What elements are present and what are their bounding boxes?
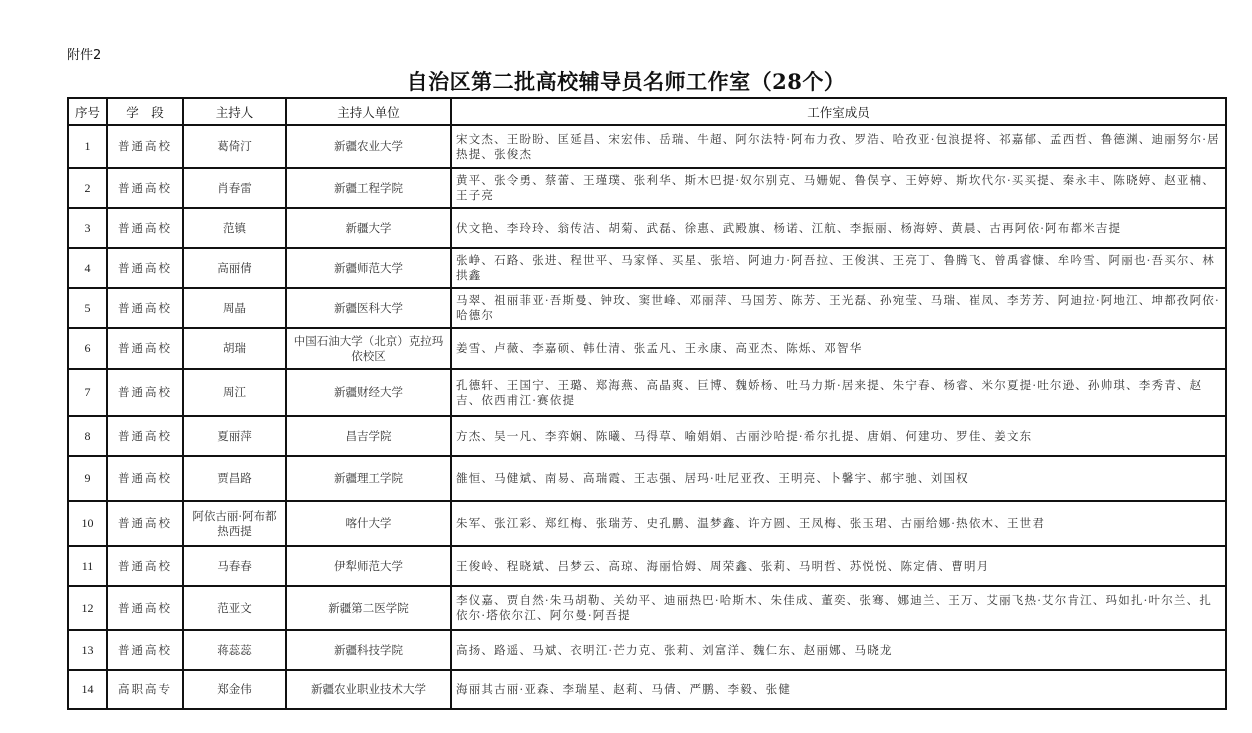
row-unit: 新疆第二医学院 — [286, 586, 451, 630]
table-row: 5 普通高校 周晶 新疆医科大学 马翠、祖丽菲亚·吾斯曼、钟玫、窦世峰、邓丽萍、… — [68, 288, 1226, 328]
row-no: 13 — [68, 630, 107, 670]
row-unit: 新疆财经大学 — [286, 369, 451, 416]
row-host: 马春春 — [183, 546, 286, 586]
row-no: 9 — [68, 456, 107, 501]
table-row: 2 普通高校 肖春雷 新疆工程学院 黄平、张令勇、蔡蕾、王瑾璞、张利华、斯木巴提… — [68, 168, 1226, 208]
row-stage: 普通高校 — [107, 586, 183, 630]
row-stage: 普通高校 — [107, 501, 183, 546]
row-no: 4 — [68, 248, 107, 288]
table-row: 13 普通高校 蒋蕊蕊 新疆科技学院 高扬、路遥、马斌、衣明江·芒力克、张莉、刘… — [68, 630, 1226, 670]
table-header-row: 序号 学 段 主持人 主持人单位 工作室成员 — [68, 98, 1226, 125]
row-members: 伏文艳、李玲玲、翁传洁、胡菊、武磊、徐惠、武殿旗、杨诺、江航、李振丽、杨海婷、黄… — [451, 208, 1226, 248]
table-row: 9 普通高校 贾昌路 新疆理工学院 雒恒、马健斌、南易、高瑞霞、王志强、居玛·吐… — [68, 456, 1226, 501]
document-title: 自治区第二批高校辅导员名师工作室（28个） — [0, 66, 1252, 96]
row-stage: 普通高校 — [107, 456, 183, 501]
table-row: 3 普通高校 范镇 新疆大学 伏文艳、李玲玲、翁传洁、胡菊、武磊、徐惠、武殿旗、… — [68, 208, 1226, 248]
attachment-label: 附件2 — [67, 44, 101, 63]
row-unit: 喀什大学 — [286, 501, 451, 546]
row-stage: 普通高校 — [107, 168, 183, 208]
row-host: 蒋蕊蕊 — [183, 630, 286, 670]
row-stage: 普通高校 — [107, 546, 183, 586]
row-stage: 普通高校 — [107, 248, 183, 288]
row-members: 姜雪、卢薇、李嘉硕、韩仕清、张孟凡、王永康、高亚杰、陈烁、邓智华 — [451, 328, 1226, 369]
row-unit: 新疆医科大学 — [286, 288, 451, 328]
row-stage: 高职高专 — [107, 670, 183, 709]
row-stage: 普通高校 — [107, 125, 183, 168]
row-host: 范亚文 — [183, 586, 286, 630]
row-no: 6 — [68, 328, 107, 369]
row-host: 葛倚汀 — [183, 125, 286, 168]
row-no: 2 — [68, 168, 107, 208]
row-host: 高丽倩 — [183, 248, 286, 288]
row-stage: 普通高校 — [107, 328, 183, 369]
row-host: 肖春雷 — [183, 168, 286, 208]
row-unit: 新疆理工学院 — [286, 456, 451, 501]
header-no: 序号 — [68, 98, 107, 125]
header-stage: 学 段 — [107, 98, 183, 125]
row-members: 张峥、石路、张进、程世平、马家怿、买星、张培、阿迪力·阿吾拉、王俊淇、王亮丁、鲁… — [451, 248, 1226, 288]
row-no: 7 — [68, 369, 107, 416]
row-host: 阿依古丽·阿布都热西提 — [183, 501, 286, 546]
row-host: 夏丽萍 — [183, 416, 286, 456]
row-no: 1 — [68, 125, 107, 168]
header-host: 主持人 — [183, 98, 286, 125]
row-members: 海丽其古丽·亚森、李瑞星、赵莉、马倩、严鹏、李毅、张健 — [451, 670, 1226, 709]
row-stage: 普通高校 — [107, 416, 183, 456]
row-unit: 新疆工程学院 — [286, 168, 451, 208]
row-unit: 新疆大学 — [286, 208, 451, 248]
row-members: 黄平、张令勇、蔡蕾、王瑾璞、张利华、斯木巴提·奴尔别克、马姗妮、鲁俣亨、王婷婷、… — [451, 168, 1226, 208]
row-unit: 昌吉学院 — [286, 416, 451, 456]
header-unit: 主持人单位 — [286, 98, 451, 125]
table-row: 12 普通高校 范亚文 新疆第二医学院 李仪嘉、贾自然·朱马胡勒、关幼平、迪丽热… — [68, 586, 1226, 630]
row-host: 周江 — [183, 369, 286, 416]
header-members: 工作室成员 — [451, 98, 1226, 125]
row-no: 11 — [68, 546, 107, 586]
table-row: 8 普通高校 夏丽萍 昌吉学院 方杰、吴一凡、李弈娴、陈曦、马得草、喻娟娟、古丽… — [68, 416, 1226, 456]
table-row: 7 普通高校 周江 新疆财经大学 孔德轩、王国宁、王璐、郑海燕、高晶爽、巨博、魏… — [68, 369, 1226, 416]
row-members: 孔德轩、王国宁、王璐、郑海燕、高晶爽、巨博、魏娇杨、吐马力斯·居来提、朱宁春、杨… — [451, 369, 1226, 416]
row-host: 贾昌路 — [183, 456, 286, 501]
row-stage: 普通高校 — [107, 208, 183, 248]
row-host: 郑金伟 — [183, 670, 286, 709]
row-members: 宋文杰、王盼盼、匡延昌、宋宏伟、岳瑞、牛超、阿尔法特·阿布力孜、罗浩、哈孜亚·包… — [451, 125, 1226, 168]
row-stage: 普通高校 — [107, 369, 183, 416]
row-no: 14 — [68, 670, 107, 709]
row-members: 雒恒、马健斌、南易、高瑞霞、王志强、居玛·吐尼亚孜、王明亮、卜馨宇、郝宇驰、刘国… — [451, 456, 1226, 501]
row-stage: 普通高校 — [107, 630, 183, 670]
table-row: 4 普通高校 高丽倩 新疆师范大学 张峥、石路、张进、程世平、马家怿、买星、张培… — [68, 248, 1226, 288]
table-row: 11 普通高校 马春春 伊犁师范大学 王俊岭、程晓斌、吕梦云、高琼、海丽恰姆、周… — [68, 546, 1226, 586]
table-row: 10 普通高校 阿依古丽·阿布都热西提 喀什大学 朱军、张江彩、郑红梅、张瑞芳、… — [68, 501, 1226, 546]
row-no: 3 — [68, 208, 107, 248]
row-no: 10 — [68, 501, 107, 546]
row-unit: 新疆师范大学 — [286, 248, 451, 288]
row-host: 胡瑞 — [183, 328, 286, 369]
table-row: 14 高职高专 郑金伟 新疆农业职业技术大学 海丽其古丽·亚森、李瑞星、赵莉、马… — [68, 670, 1226, 709]
row-host: 周晶 — [183, 288, 286, 328]
row-unit: 中国石油大学（北京）克拉玛依校区 — [286, 328, 451, 369]
row-members: 朱军、张江彩、郑红梅、张瑞芳、史孔鹏、温梦鑫、许方圆、王凤梅、张玉珺、古丽给娜·… — [451, 501, 1226, 546]
row-members: 王俊岭、程晓斌、吕梦云、高琼、海丽恰姆、周荣鑫、张莉、马明哲、苏悦悦、陈定倩、曹… — [451, 546, 1226, 586]
row-host: 范镇 — [183, 208, 286, 248]
row-unit: 伊犁师范大学 — [286, 546, 451, 586]
row-no: 5 — [68, 288, 107, 328]
row-stage: 普通高校 — [107, 288, 183, 328]
row-members: 李仪嘉、贾自然·朱马胡勒、关幼平、迪丽热巴·哈斯木、朱佳成、董奕、张骞、娜迪兰、… — [451, 586, 1226, 630]
row-unit: 新疆科技学院 — [286, 630, 451, 670]
row-members: 高扬、路遥、马斌、衣明江·芒力克、张莉、刘富洋、魏仁东、赵丽娜、马晓龙 — [451, 630, 1226, 670]
row-members: 马翠、祖丽菲亚·吾斯曼、钟玫、窦世峰、邓丽萍、马国芳、陈芳、王光磊、孙宛莹、马瑞… — [451, 288, 1226, 328]
row-unit: 新疆农业大学 — [286, 125, 451, 168]
row-unit: 新疆农业职业技术大学 — [286, 670, 451, 709]
row-no: 12 — [68, 586, 107, 630]
row-members: 方杰、吴一凡、李弈娴、陈曦、马得草、喻娟娟、古丽沙哈提·希尔扎提、唐娟、何建功、… — [451, 416, 1226, 456]
table-row: 6 普通高校 胡瑞 中国石油大学（北京）克拉玛依校区 姜雪、卢薇、李嘉硕、韩仕清… — [68, 328, 1226, 369]
table-row: 1 普通高校 葛倚汀 新疆农业大学 宋文杰、王盼盼、匡延昌、宋宏伟、岳瑞、牛超、… — [68, 125, 1226, 168]
studio-table: 序号 学 段 主持人 主持人单位 工作室成员 1 普通高校 葛倚汀 新疆农业大学… — [67, 97, 1227, 710]
row-no: 8 — [68, 416, 107, 456]
